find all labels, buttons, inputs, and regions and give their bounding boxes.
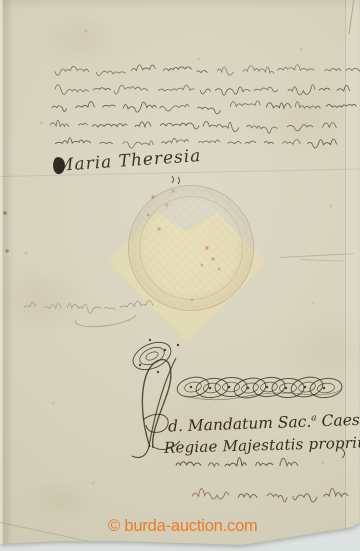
mandatum-p2: Caes. bbox=[316, 411, 360, 431]
left-signature-flourish bbox=[76, 315, 136, 327]
flourish-loop-chain bbox=[175, 374, 343, 400]
maria-paraph bbox=[172, 176, 180, 184]
document-paper: Maria Theresia d. Mandatum Sac.a Caes.o … bbox=[0, 0, 360, 551]
auction-photo-document: Maria Theresia d. Mandatum Sac.a Caes.o … bbox=[0, 0, 360, 551]
auction-watermark: © burda-auction.com bbox=[108, 517, 258, 536]
paper-wrap: Maria Theresia d. Mandatum Sac.a Caes.o … bbox=[0, 0, 360, 551]
handwriting-ink-layer bbox=[0, 0, 360, 551]
